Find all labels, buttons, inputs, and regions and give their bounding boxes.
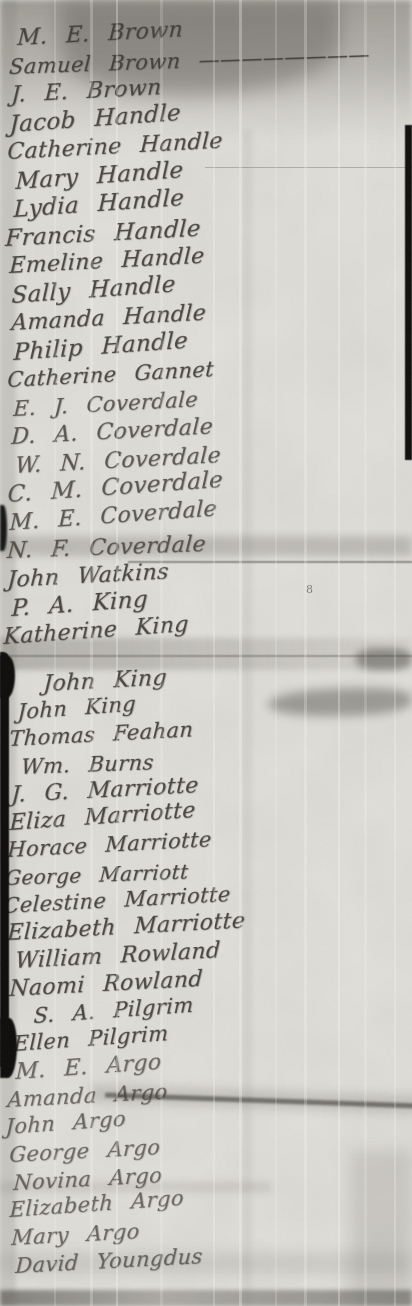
fold-line-upper	[128, 561, 412, 563]
signature-line: M. E. Argo	[15, 1050, 162, 1085]
signature-line: John King	[43, 666, 168, 698]
mid-column-shade	[242, 130, 252, 1306]
left-edge-black-mark	[0, 505, 7, 551]
signature-line: N. F. Coverdale	[6, 532, 207, 564]
bottom-scan-band	[0, 1290, 412, 1306]
signature-line: Mary Argo	[11, 1219, 141, 1250]
fold-line-middle	[0, 655, 412, 657]
scan-streak	[275, 0, 277, 1306]
signature-line: John Argo	[5, 1107, 126, 1140]
scan-streak	[364, 0, 367, 1306]
signature-line: Wm. Burns	[20, 750, 154, 779]
scan-streak	[338, 0, 340, 1306]
signature-line: M. E. Brown	[17, 17, 184, 51]
right-edge-black-bar	[405, 125, 412, 460]
signature-line: E. J. Coverdale	[13, 387, 199, 421]
signature-line: John King	[17, 691, 136, 723]
document-scan: M. E. BrownSamuel Brown ————————J. E. Br…	[0, 0, 412, 1306]
scan-streak	[239, 0, 242, 1306]
scan-streak	[213, 0, 215, 1306]
signature-line: George Argo	[9, 1135, 161, 1167]
scan-streak	[394, 0, 396, 1306]
ink-blotch-right	[268, 688, 412, 716]
ink-blotch-right-small	[356, 648, 412, 670]
left-edge-black-bump-top	[0, 656, 15, 698]
signature-line: David Youngdus	[15, 1244, 204, 1278]
ink-speck: 8	[306, 583, 313, 596]
signature-line: Thomas Feahan	[9, 718, 194, 752]
fold-line-top	[205, 167, 412, 168]
right-lower-shade	[350, 1150, 412, 1306]
scan-streak	[304, 0, 307, 1306]
